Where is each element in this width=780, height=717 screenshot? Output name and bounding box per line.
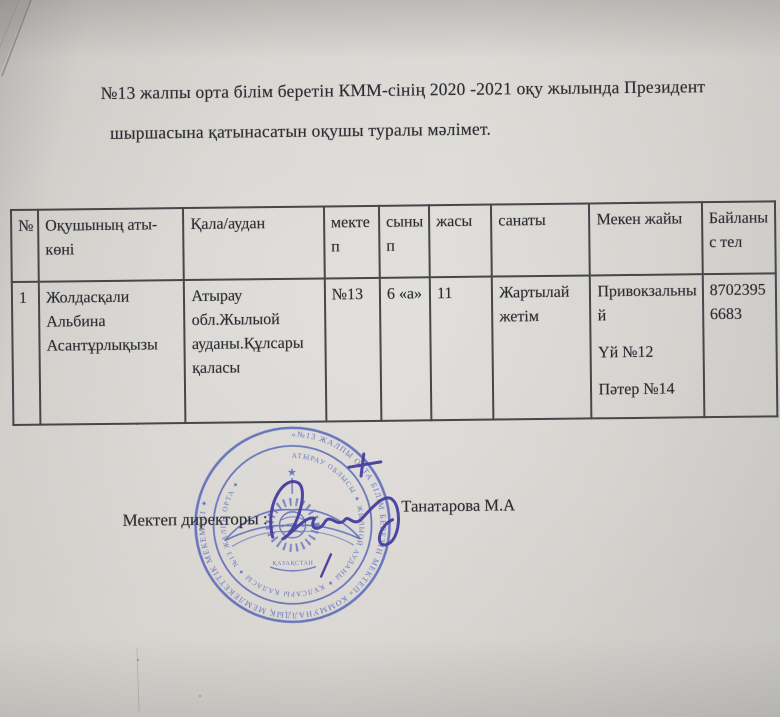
document-title-line1: №13 жалпы орта білім беретін КММ-сінің 2… bbox=[101, 76, 706, 104]
header-number: № bbox=[11, 210, 39, 282]
cell-address: Привокзальный Үй №12 Пәтер №14 bbox=[590, 274, 704, 418]
cell-number: 1 bbox=[12, 282, 41, 425]
header-phone: Байланыс тел bbox=[702, 201, 776, 274]
cell-phone: 87023956683 bbox=[703, 273, 778, 417]
cell-category: Жартылай жетім bbox=[492, 275, 592, 419]
cell-grade: 6 «а» bbox=[380, 277, 432, 421]
header-address: Мекен жайы bbox=[589, 202, 702, 275]
document-title-line2: шыршасына қатынасатын оқушы туралы мәлім… bbox=[110, 119, 491, 144]
cell-city-district: Атырау обл.Жылыой ауданы.Құлсары қаласы bbox=[184, 278, 326, 423]
header-student-name: Оқушының аты-көні bbox=[38, 208, 184, 282]
director-label: Мектеп директоры : bbox=[122, 509, 267, 531]
header-age: жасы bbox=[429, 205, 492, 278]
header-category: санаты bbox=[491, 203, 590, 276]
table-header-row: № Оқушының аты-көні Қала/аудан мектеп сы… bbox=[11, 201, 776, 282]
address-line-3: Пәтер №14 bbox=[598, 377, 699, 402]
cell-age: 11 bbox=[430, 277, 494, 421]
header-grade: сынып bbox=[379, 205, 430, 278]
cell-school: №13 bbox=[325, 278, 382, 422]
table-row: 1 Жолдасқали Альбина Асантұрлықызы Атыра… bbox=[12, 273, 778, 425]
address-line-2: Үй №12 bbox=[598, 340, 699, 365]
director-name: Танатарова М.А bbox=[401, 495, 515, 516]
director-signature bbox=[250, 439, 422, 591]
document-sheet: №13 жалпы орта білім беретін КММ-сінің 2… bbox=[0, 0, 780, 717]
address-line-1: Привокзальный bbox=[597, 279, 698, 328]
signature-cross-bar bbox=[349, 462, 381, 467]
header-city-district: Қала/аудан bbox=[183, 206, 324, 280]
signature-main-flourish bbox=[270, 480, 399, 546]
header-school: мектеп bbox=[324, 206, 380, 279]
student-table: № Оқушының аты-көні Қала/аудан мектеп сы… bbox=[10, 200, 778, 426]
cell-student-name: Жолдасқали Альбина Асантұрлықызы bbox=[39, 280, 186, 425]
signature-underslash bbox=[321, 554, 331, 576]
